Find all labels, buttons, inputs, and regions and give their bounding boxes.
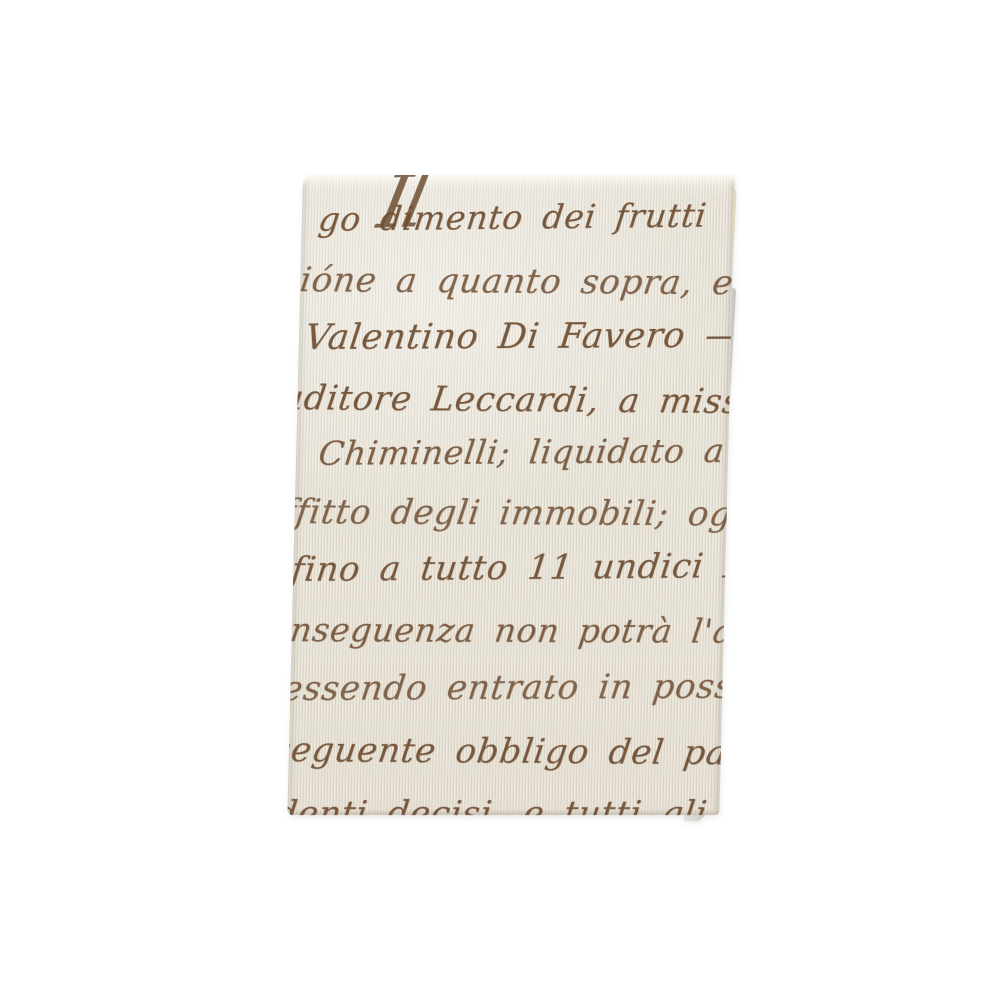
- script-line: uditore Leccardi, a misso: [287, 381, 735, 419]
- script-line: l go dimento dei frutti: [287, 199, 708, 236]
- script-line: Valentino Di Favero — dichi: [303, 318, 735, 356]
- script-line: cióne a quanto sopra, espres: [287, 263, 735, 301]
- script-line: ffitto degli immobili; oggetto d: [287, 495, 735, 532]
- script-line: onseguenza non potrà l'acqui: [287, 613, 735, 648]
- script-line: seguente obbligo del pagamen: [287, 733, 735, 771]
- journal-book: Il l go dimento dei frutti cióne a quant…: [287, 175, 735, 815]
- book-front-cover: Il l go dimento dei frutti cióne a quant…: [287, 175, 735, 815]
- script-line: . Chiminelli; liquidato a pari: [287, 433, 735, 470]
- script-line: denti decisi, e tutti gli altri li: [287, 797, 735, 815]
- cover-top-fold-highlight: [303, 175, 735, 187]
- script-line: essendo entrato in possesso: [287, 669, 735, 706]
- script-line: fino a tutto 11 undici Maggi: [289, 548, 735, 587]
- photo-background: Il l go dimento dei frutti cióne a quant…: [0, 0, 1000, 1000]
